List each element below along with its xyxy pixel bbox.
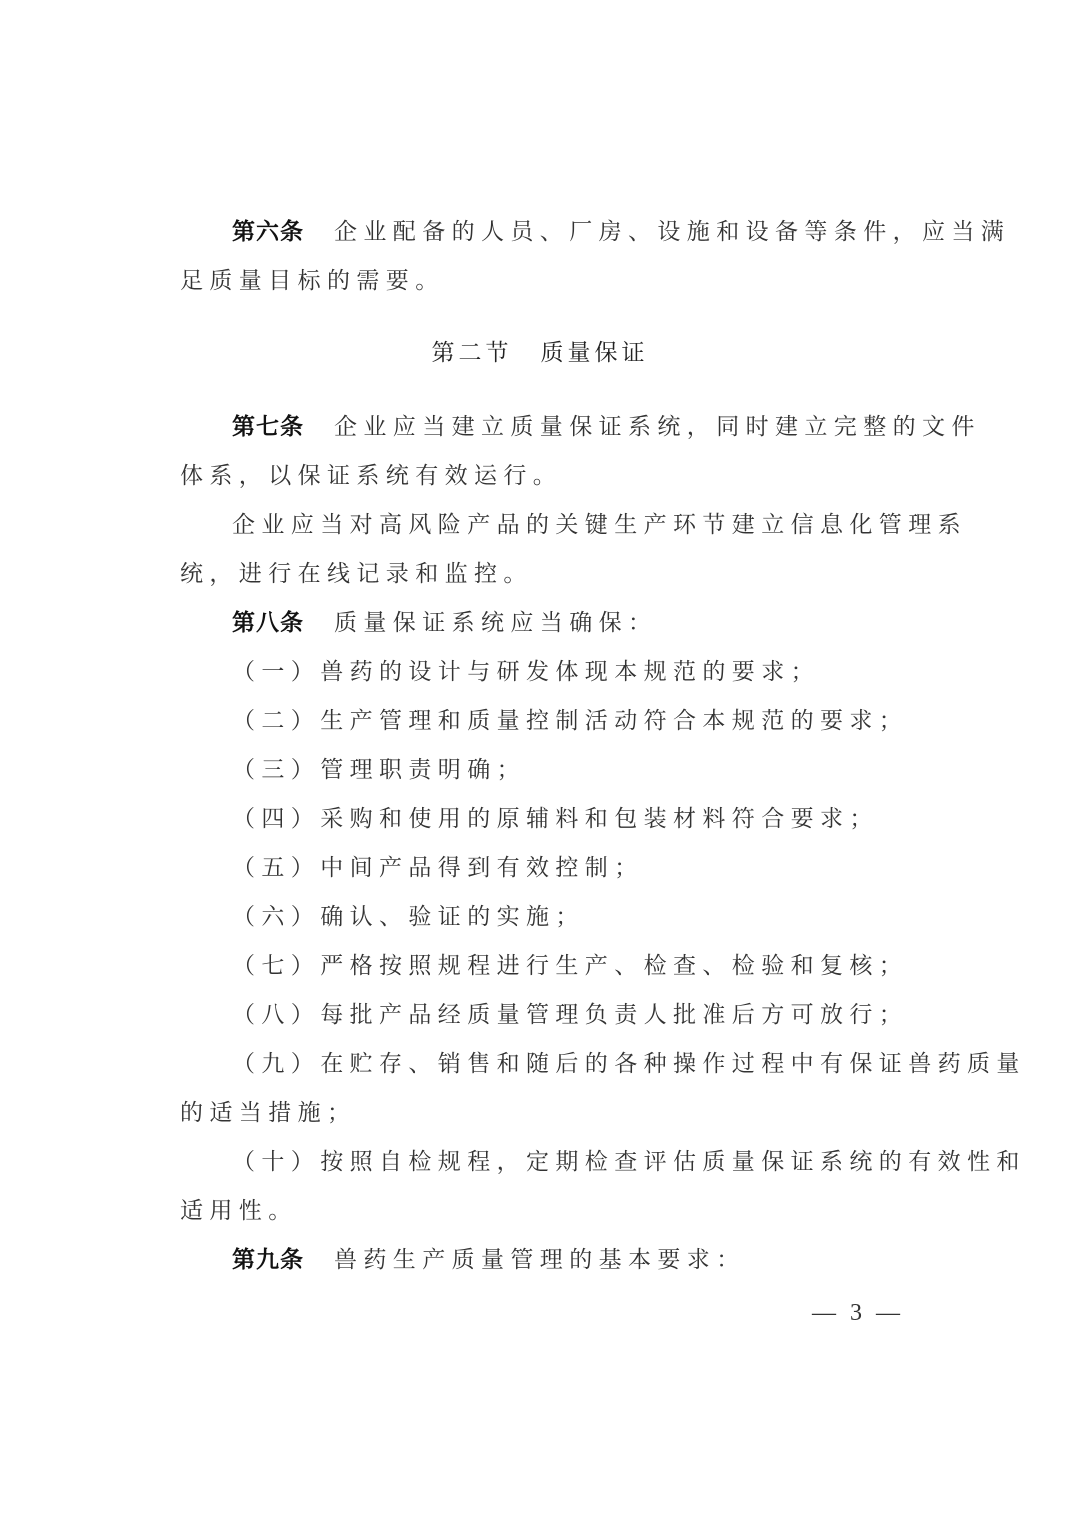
article-6-line-1: 第六条企业配备的人员、厂房、设施和设备等条件，应当满 [232,217,957,247]
list-item: （七）严格按照规程进行生产、检查、检验和复核； [232,951,957,981]
list-item: （二）生产管理和质量控制活动符合本规范的要求； [232,706,957,736]
article-text: 质量保证系统应当确保： [334,610,657,636]
list-item-9-line-2: 的适当措施； [180,1098,905,1128]
list-item: （四）采购和使用的原辅料和包装材料符合要求； [232,804,957,834]
list-item-9-line-1: （九）在贮存、销售和随后的各种操作过程中有保证兽药质量 [232,1049,957,1079]
article-number: 第九条 [232,1247,304,1273]
article-7-line-1: 第七条企业应当建立质量保证系统，同时建立完整的文件 [232,412,957,442]
list-item: （八）每批产品经质量管理负责人批准后方可放行； [232,1000,957,1030]
article-7-para-2-line-2: 统，进行在线记录和监控。 [180,559,905,589]
article-text: 兽药生产质量管理的基本要求： [334,1247,746,1273]
list-item: （六）确认、验证的实施； [232,902,957,932]
list-item: （三）管理职责明确； [232,755,957,785]
article-9-intro: 第九条兽药生产质量管理的基本要求： [232,1245,957,1275]
list-item: （五）中间产品得到有效控制； [232,853,957,883]
section-number: 第二节 [432,340,513,366]
section-heading: 第二节质量保证 [0,338,1080,368]
document-page: 第六条企业配备的人员、厂房、设施和设备等条件，应当满 足质量目标的需要。 第二节… [0,0,1080,1529]
article-number: 第七条 [232,414,304,440]
article-7-line-2: 体系，以保证系统有效运行。 [180,461,905,491]
list-item-10-line-1: （十）按照自检规程，定期检查评估质量保证系统的有效性和 [232,1147,957,1177]
list-item: （一）兽药的设计与研发体现本规范的要求； [232,657,957,687]
list-item-10-line-2: 适用性。 [180,1196,905,1226]
article-number: 第六条 [232,219,304,245]
article-number: 第八条 [232,610,304,636]
article-7-para-2-line-1: 企业应当对高风险产品的关键生产环节建立信息化管理系 [232,510,957,540]
article-text: 企业配备的人员、厂房、设施和设备等条件，应当满 [334,219,1010,245]
article-text: 企业应当建立质量保证系统，同时建立完整的文件 [334,414,981,440]
page-number: — 3 — [812,1298,904,1328]
article-6-line-2: 足质量目标的需要。 [180,266,905,296]
article-8-intro: 第八条质量保证系统应当确保： [232,608,957,638]
section-title: 质量保证 [541,340,649,366]
